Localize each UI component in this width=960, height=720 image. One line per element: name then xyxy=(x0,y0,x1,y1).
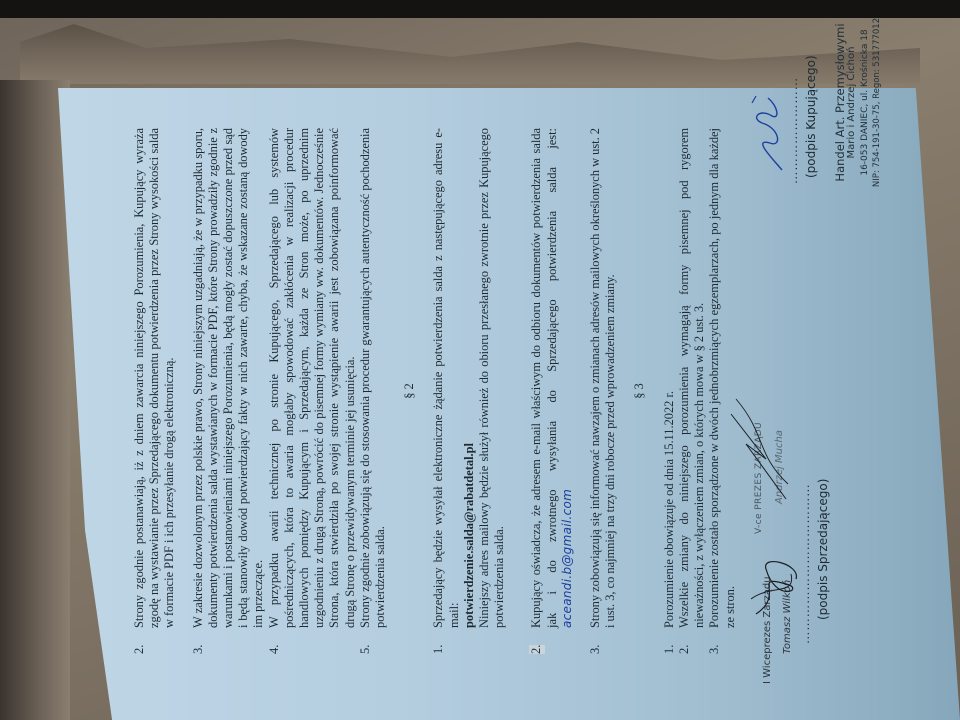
seller-signature-label: (podpis Sprzedającego) xyxy=(816,479,831,620)
section1-item: 4. W przypadku awarii technicznej po str… xyxy=(267,128,358,654)
spacer xyxy=(507,128,529,654)
buyer-signature-line: …………………… xyxy=(786,77,801,184)
item-number: 1. xyxy=(431,645,446,654)
item-text: Sprzedający będzie wysyłał elektroniczne… xyxy=(431,128,460,628)
seller-signature-2 xyxy=(726,394,806,504)
item-number: 3. xyxy=(588,645,603,654)
section1-list: 2. Strony zgodnie postanawiają, iż z dni… xyxy=(132,128,388,654)
item-text: Niniejszy adres mailowy będzie służył ró… xyxy=(477,128,506,628)
section2-item: 2. Kupujący oświadcza, że adresem e-mail… xyxy=(529,128,575,654)
item-text: Strony zgodnie postanawiają, iż z dniem … xyxy=(132,128,176,628)
section3-item: 3. Porozumienie zostało sporządzone w dw… xyxy=(707,128,737,654)
buyer-signature-label: (podpis Kupującego) xyxy=(804,55,819,178)
section3-heading: § 3 xyxy=(632,128,647,654)
spacer xyxy=(575,128,588,654)
company-stamp-line: Handel Art. Przemysłowymi xyxy=(834,15,847,190)
item-text: Strony zobowiązują się informować nawzaj… xyxy=(588,128,617,628)
item-text: Porozumienie zostało sporządzone w dwóch… xyxy=(707,128,736,628)
company-stamp-line: Mario i Andrzej Cichoń xyxy=(846,15,859,190)
section3-item: 2. Wszelkie zmiany do niniejszego porozu… xyxy=(677,128,707,654)
section2-list: 1. Sprzedający będzie wysyłał elektronic… xyxy=(431,128,618,654)
section1-item: 3. W zakresie dozwolonym przez polskie p… xyxy=(191,128,267,654)
seller-email: potwierdzenie.salda@rabatdetal.pl xyxy=(462,443,476,628)
section1-item: 2. Strony zgodnie postanawiają, iż z dni… xyxy=(132,128,178,654)
company-stamp-line: NIP: 754-191-30-75, Regon: 531777012 xyxy=(871,15,884,190)
section3-item: 1. Porozumienie obowiązuje od dnia 15.11… xyxy=(662,128,677,654)
seller-signature-1 xyxy=(746,544,816,624)
spacer xyxy=(178,128,191,654)
buyer-company-stamp: Handel Art. Przemysłowymi Mario i Andrze… xyxy=(834,15,884,190)
section1-item: 5. Strony zgodnie zobowiązują się do sto… xyxy=(358,128,388,654)
item-number: 2. xyxy=(529,645,544,654)
buyer-signature xyxy=(742,68,792,178)
document-page: 2. Strony zgodnie postanawiają, iż z dni… xyxy=(58,88,960,720)
item-text: Wszelkie zmiany do niniejszego porozumie… xyxy=(677,128,706,628)
item-text: W przypadku awarii technicznej po stroni… xyxy=(267,128,357,628)
company-stamp-line: 16-053 DANIEC, ul. Krośnicka 18 xyxy=(859,15,872,190)
item-text: Porozumienie obowiązuje od dnia 15.11.20… xyxy=(662,391,676,628)
buyer-email-handwritten: aceandi.b@gmail.com xyxy=(560,489,574,628)
item-text: Kupujący oświadcza, że adresem e-mail wł… xyxy=(529,128,558,628)
item-number: 3. xyxy=(191,645,206,654)
item-number: 2. xyxy=(677,645,692,654)
section2-item: 3. Strony zobowiązują się informować naw… xyxy=(588,128,618,654)
section3-list: 1. Porozumienie obowiązuje od dnia 15.11… xyxy=(662,128,738,654)
section2-heading: § 2 xyxy=(402,128,417,654)
item-number: 5. xyxy=(358,645,373,654)
item-number: 4. xyxy=(267,645,282,654)
item-number: 1. xyxy=(662,645,677,654)
item-number: 3. xyxy=(707,645,722,654)
item-number: 2. xyxy=(132,645,147,654)
section2-item: 1. Sprzedający będzie wysyłał elektronic… xyxy=(431,128,507,654)
item-text: Strony zgodnie zobowiązują się do stosow… xyxy=(358,128,387,628)
document-paper: 2. Strony zgodnie postanawiają, iż z dni… xyxy=(58,88,960,720)
signature-area: I Wiceprezes Zarządu Tomasz Wilkoń V-ce … xyxy=(746,128,886,654)
item-text: W zakresie dozwolonym przez polskie praw… xyxy=(191,128,266,628)
